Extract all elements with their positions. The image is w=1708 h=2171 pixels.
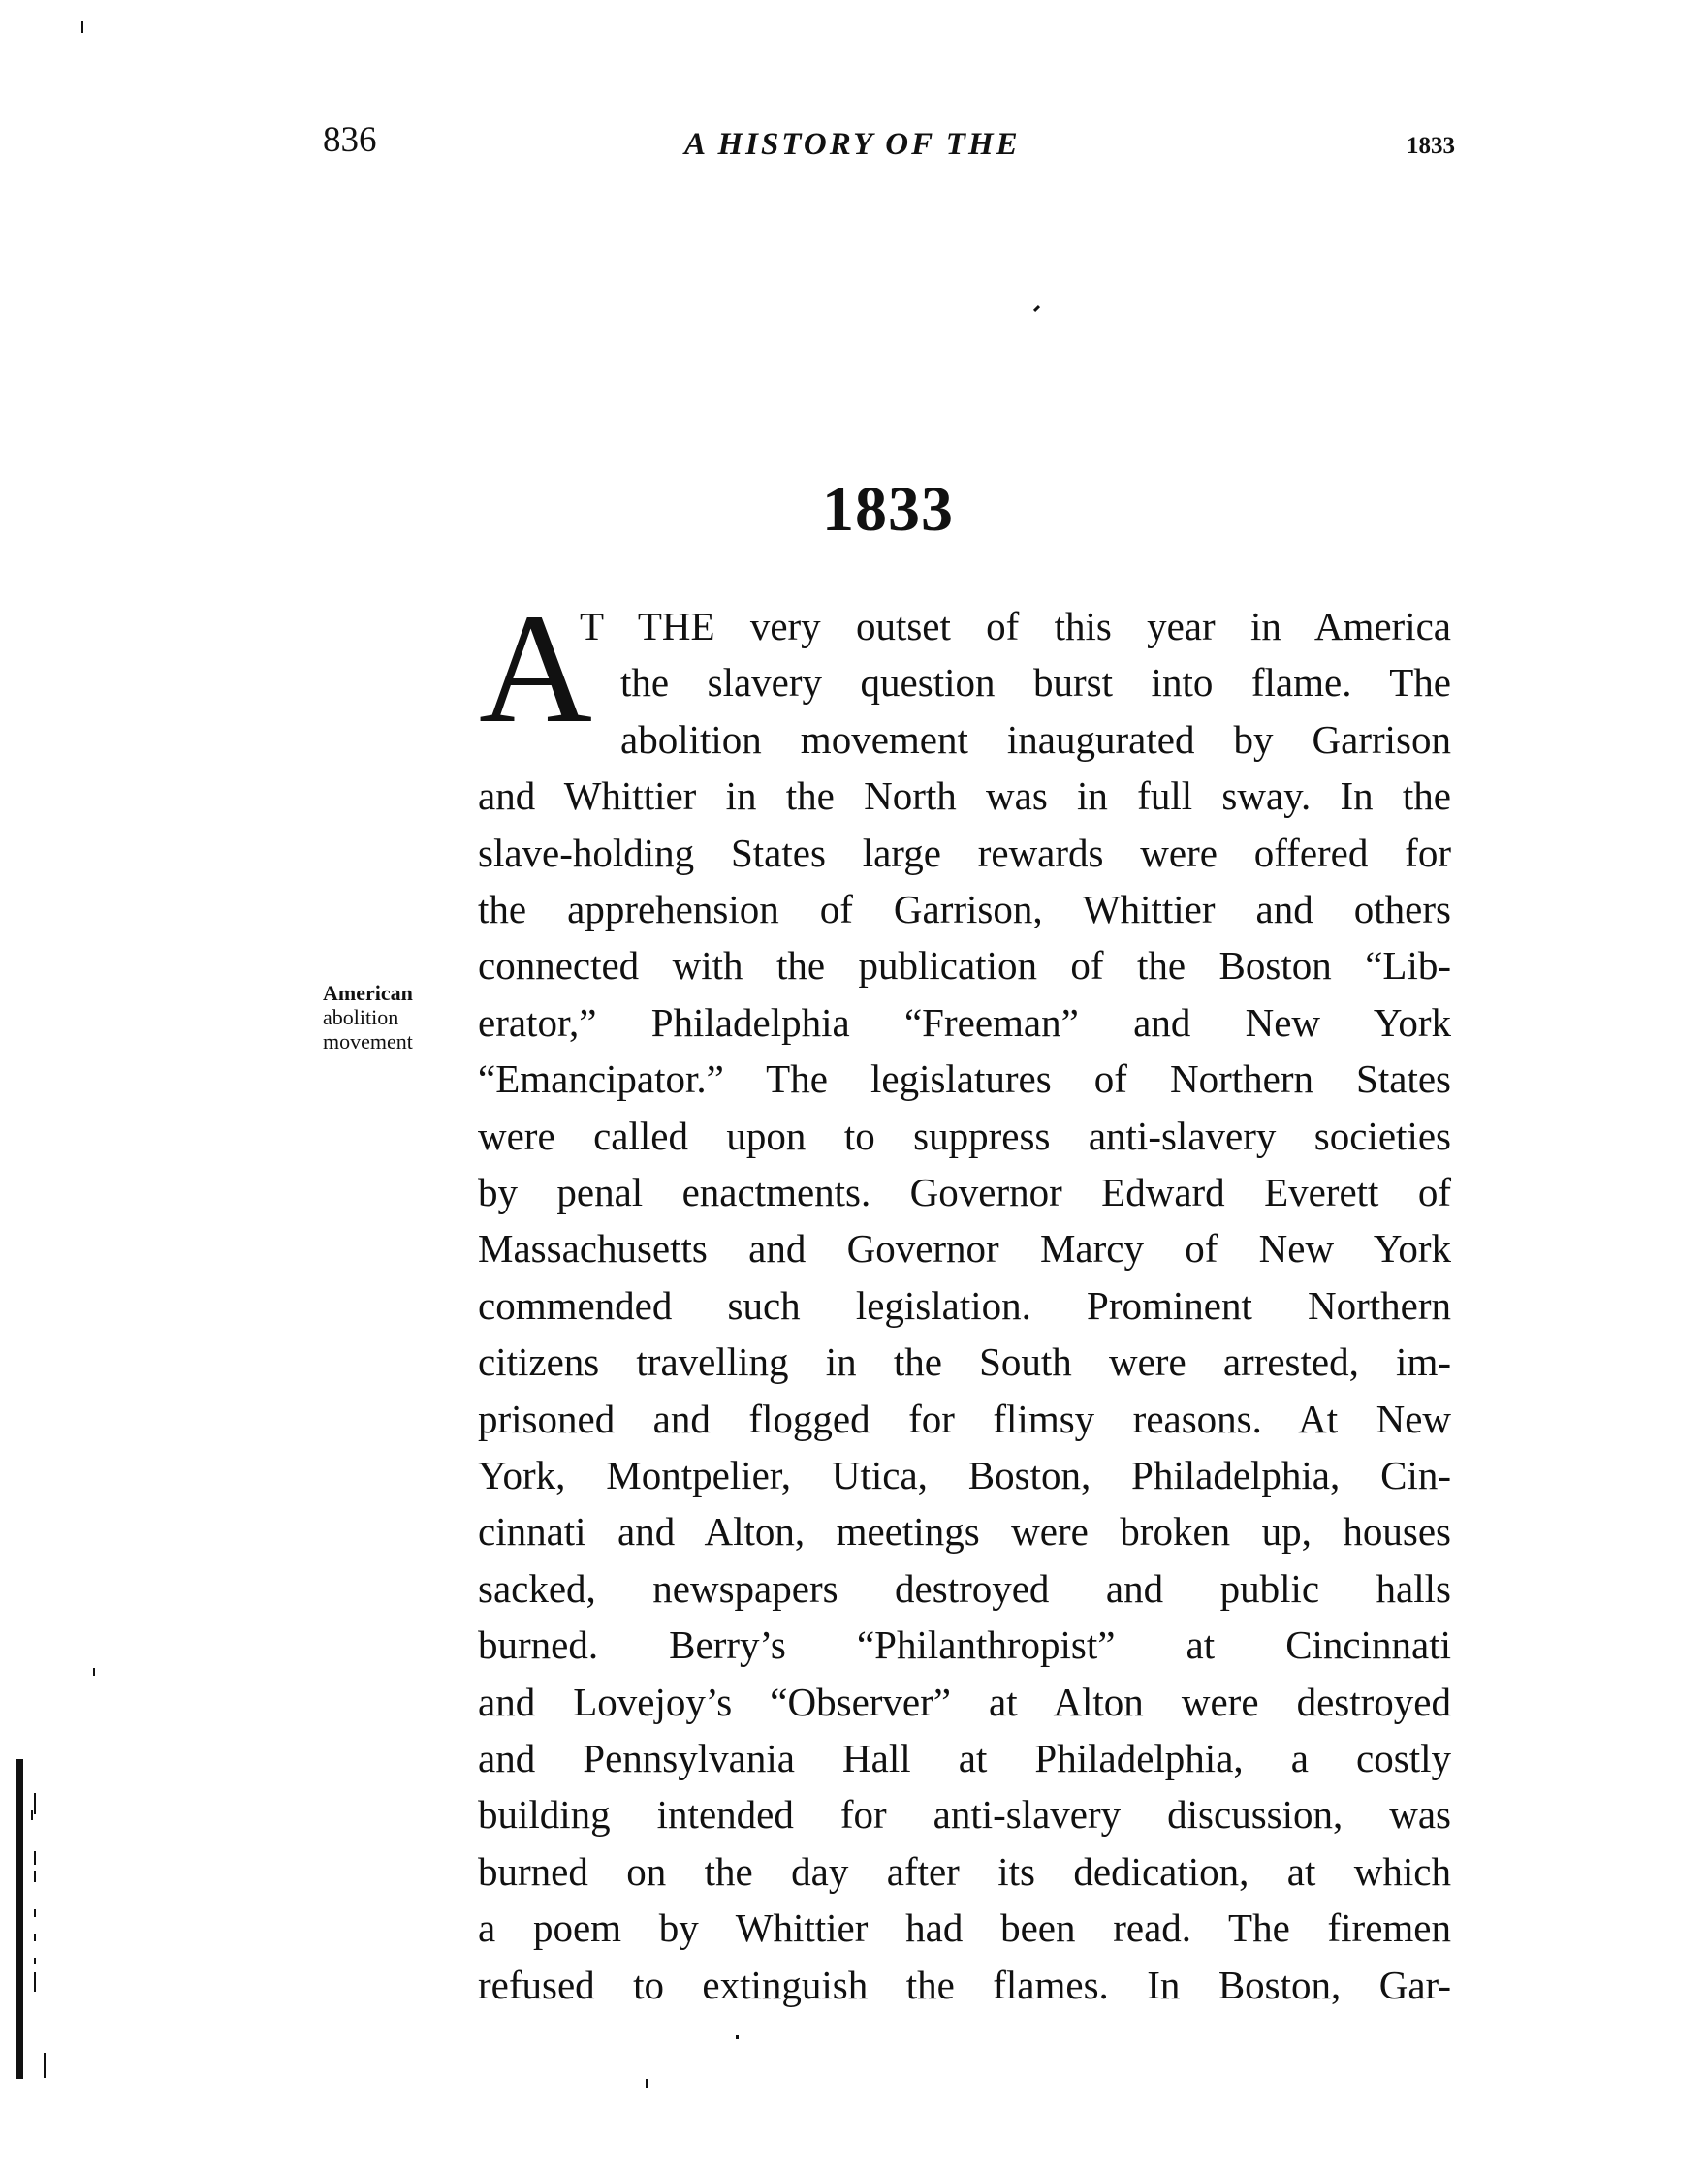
scan-mark — [93, 1668, 95, 1676]
body-line: citizens travelling in the South were ar… — [478, 1334, 1451, 1390]
body-line: erator,” Philadelphia “Freeman” and New … — [478, 994, 1451, 1051]
margin-note-line: abolition — [323, 1005, 459, 1029]
scan-mark — [736, 2035, 739, 2039]
body-line: “Emancipator.” The legislatures of North… — [478, 1051, 1451, 1107]
scan-mark — [34, 1871, 36, 1882]
page-number: 836 — [323, 118, 377, 163]
scan-mark — [31, 1810, 33, 1820]
body-line: sacked, newspapers destroyed and public … — [478, 1560, 1451, 1617]
body-line: Massachusetts and Governor Marcy of New … — [478, 1220, 1451, 1276]
body-line: and Lovejoy’s “Observer” at Alton were d… — [478, 1674, 1451, 1730]
body-line: refused to extinguish the flames. In Bos… — [478, 1957, 1451, 2013]
body-line: the slavery question burst into flame. T… — [620, 654, 1451, 710]
body-line: T THE very outset of this year in Americ… — [580, 598, 1451, 654]
body-line: commended such legislation. Prominent No… — [478, 1277, 1451, 1334]
running-year: 1833 — [1407, 127, 1455, 166]
margin-note-line: American — [323, 981, 459, 1005]
body-line: slave-holding States large rewards were … — [478, 825, 1451, 881]
body-line: York, Montpelier, Utica, Boston, Philade… — [478, 1447, 1451, 1503]
body-line: cinnati and Alton, meetings were broken … — [478, 1503, 1451, 1559]
scan-edge-bar — [16, 1759, 23, 2079]
body-line: by penal enactments. Governor Edward Eve… — [478, 1164, 1451, 1220]
body-line: a poem by Whittier had been read. The fi… — [478, 1900, 1451, 1956]
body-line: abolition movement inaugurated by Garris… — [620, 711, 1451, 768]
body-line: building intended for anti-slavery discu… — [478, 1786, 1451, 1842]
scan-mark — [646, 2079, 648, 2088]
scan-mark — [34, 1793, 36, 1814]
scan-mark — [34, 1958, 36, 1964]
scan-mark — [34, 1851, 36, 1865]
body-line: and Pennsylvania Hall at Philadelphia, a… — [478, 1730, 1451, 1786]
body-line: burned on the day after its dedication, … — [478, 1843, 1451, 1900]
scan-mark — [44, 2053, 46, 2078]
body-line: prisoned and flogged for flimsy reasons.… — [478, 1391, 1451, 1447]
scan-mark — [34, 1909, 36, 1917]
margin-note-line: movement — [323, 1029, 459, 1054]
body-line: were called upon to suppress anti-slaver… — [478, 1108, 1451, 1164]
body-line: and Whittier in the North was in full sw… — [478, 768, 1451, 824]
scan-mark — [1033, 305, 1040, 312]
body-line: the apprehension of Garrison, Whittier a… — [478, 881, 1451, 937]
body-line: connected with the publication of the Bo… — [478, 937, 1451, 993]
body-line: burned. Berry’s “Philanthropist” at Cinc… — [478, 1617, 1451, 1673]
running-title: A HISTORY OF THE — [684, 122, 1091, 167]
scan-mark — [34, 1934, 36, 1941]
scan-mark — [34, 1972, 36, 1992]
chapter-title: 1833 — [822, 471, 954, 549]
margin-note: American abolition movement — [323, 981, 459, 1054]
scan-mark — [81, 21, 83, 33]
drop-cap: A — [479, 587, 592, 752]
